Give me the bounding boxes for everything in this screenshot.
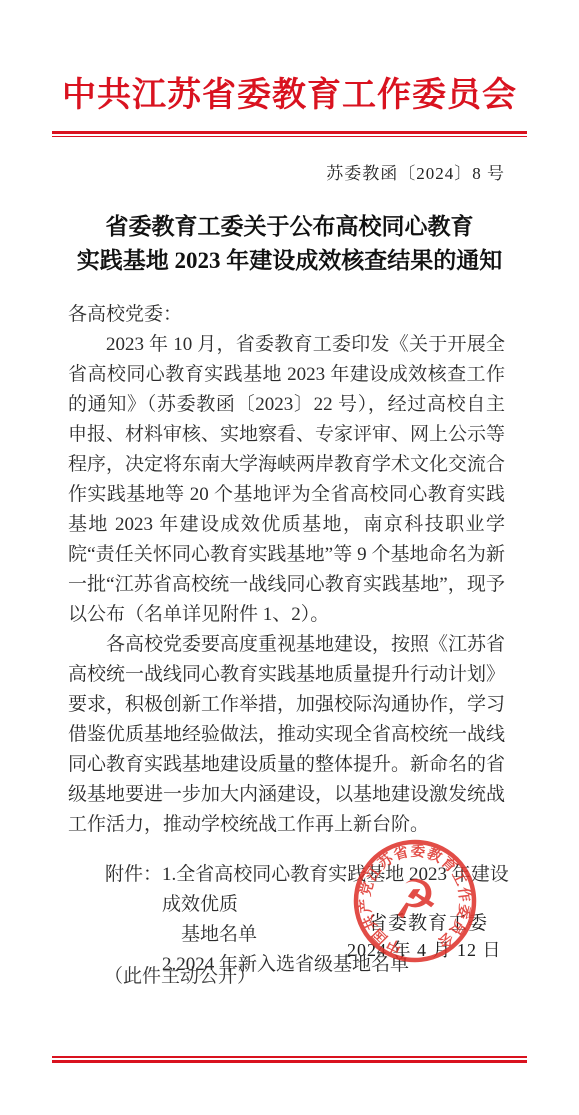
- salutation: 各高校党委：: [68, 300, 505, 330]
- attachment-block: 附件： 1.全省高校同心教育实践基地 2023 年建设成效优质 基地名单 2.2…: [0, 860, 579, 980]
- body-paragraph-2: 各高校党委要高度重视基地建设，按照《江苏省高校统一战线同心教育实践基地质量提升行…: [68, 630, 505, 840]
- document-title-line1: 省委教育工委关于公布高校同心教育: [40, 210, 539, 244]
- issuing-org-header: 中共江苏省委教育工作委员会: [0, 0, 579, 116]
- document-body: 各高校党委： 2023 年 10 月，省委教育工委印发《关于开展全省高校同心教育…: [0, 300, 579, 840]
- document-title-line2: 实践基地 2023 年建设成效核查结果的通知: [40, 244, 539, 278]
- official-seal: 中国共产党江苏省委教育工作委员会 ☭: [344, 830, 487, 973]
- document-title: 省委教育工委关于公布高校同心教育 实践基地 2023 年建设成效核查结果的通知: [40, 210, 539, 278]
- document-number: 苏委教函〔2024〕8 号: [0, 159, 505, 184]
- disclosure-note: （此件主动公开）: [104, 961, 256, 988]
- document-page: 中共江苏省委教育工作委员会 苏委教函〔2024〕8 号 省委教育工委关于公布高校…: [0, 0, 579, 1115]
- hammer-sickle-icon: ☭: [389, 868, 442, 933]
- footer-double-rule: [52, 1056, 527, 1063]
- header-double-rule: [52, 131, 527, 137]
- body-paragraph-1: 2023 年 10 月，省委教育工委印发《关于开展全省高校同心教育实践基地 20…: [68, 330, 505, 630]
